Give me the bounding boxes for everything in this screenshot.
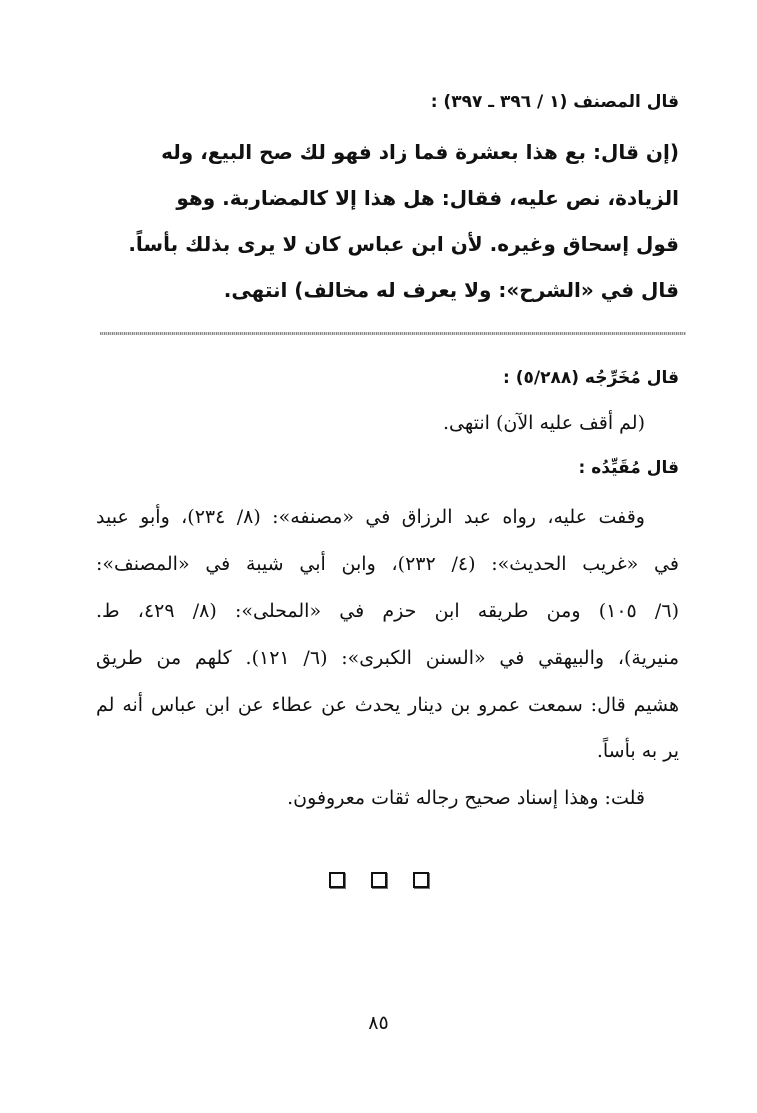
- square-ornament-icon: [413, 872, 429, 888]
- section-heading-author: قال المصنف (١ / ٣٩٦ ـ ٣٩٧) :: [431, 92, 679, 112]
- page-number: ٨٥: [0, 1012, 757, 1034]
- body-line: منيرية)، والبيهقي في «السنن الكبرى»: (٦/…: [96, 647, 679, 669]
- section-heading-muqayyid: قال مُقَيِّدُه :: [579, 458, 679, 478]
- section-heading-takhrij: قال مُخَرِّجُه (٥/٢٨٨) :: [503, 368, 679, 388]
- book-page: قال المصنف (١ / ٣٩٦ ـ ٣٩٧) : (إن قال: بع…: [0, 0, 757, 1113]
- body-line: هشيم قال: سمعت عمرو بن دينار يحدث عن عطا…: [96, 694, 679, 716]
- takhrij-text: (لم أقف عليه الآن) انتهى.: [443, 412, 645, 434]
- quote-line: (إن قال: بع هذا بعشرة فما زاد فهو لك صح …: [161, 140, 679, 164]
- body-line: في «غريب الحديث»: (٤/ ٢٣٢)، وابن أبي شيب…: [96, 553, 679, 575]
- conclusion-text: قلت: وهذا إسناد صحيح رجاله ثقات معروفون.: [287, 787, 645, 809]
- body-line: ير به بأساً.: [597, 740, 679, 762]
- quote-line: الزيادة، نص عليه، فقال: هل هذا إلا كالمض…: [176, 186, 679, 210]
- quote-line: قول إسحاق وغيره. لأن ابن عباس كان لا يرى…: [128, 232, 679, 256]
- square-ornament-icon: [371, 872, 387, 888]
- body-line: وقفت عليه، رواه عبد الرزاق في «مصنفه»: (…: [96, 506, 645, 528]
- square-ornament-icon: [329, 872, 345, 888]
- section-end-ornaments: [0, 872, 757, 888]
- quote-line: قال في «الشرح»: ولا يعرف له مخالف) انتهى…: [224, 278, 679, 302]
- body-line: (٦/ ١٠٥) ومن طريقه ابن حزم في «المحلى»: …: [96, 600, 679, 622]
- section-divider: [100, 332, 686, 335]
